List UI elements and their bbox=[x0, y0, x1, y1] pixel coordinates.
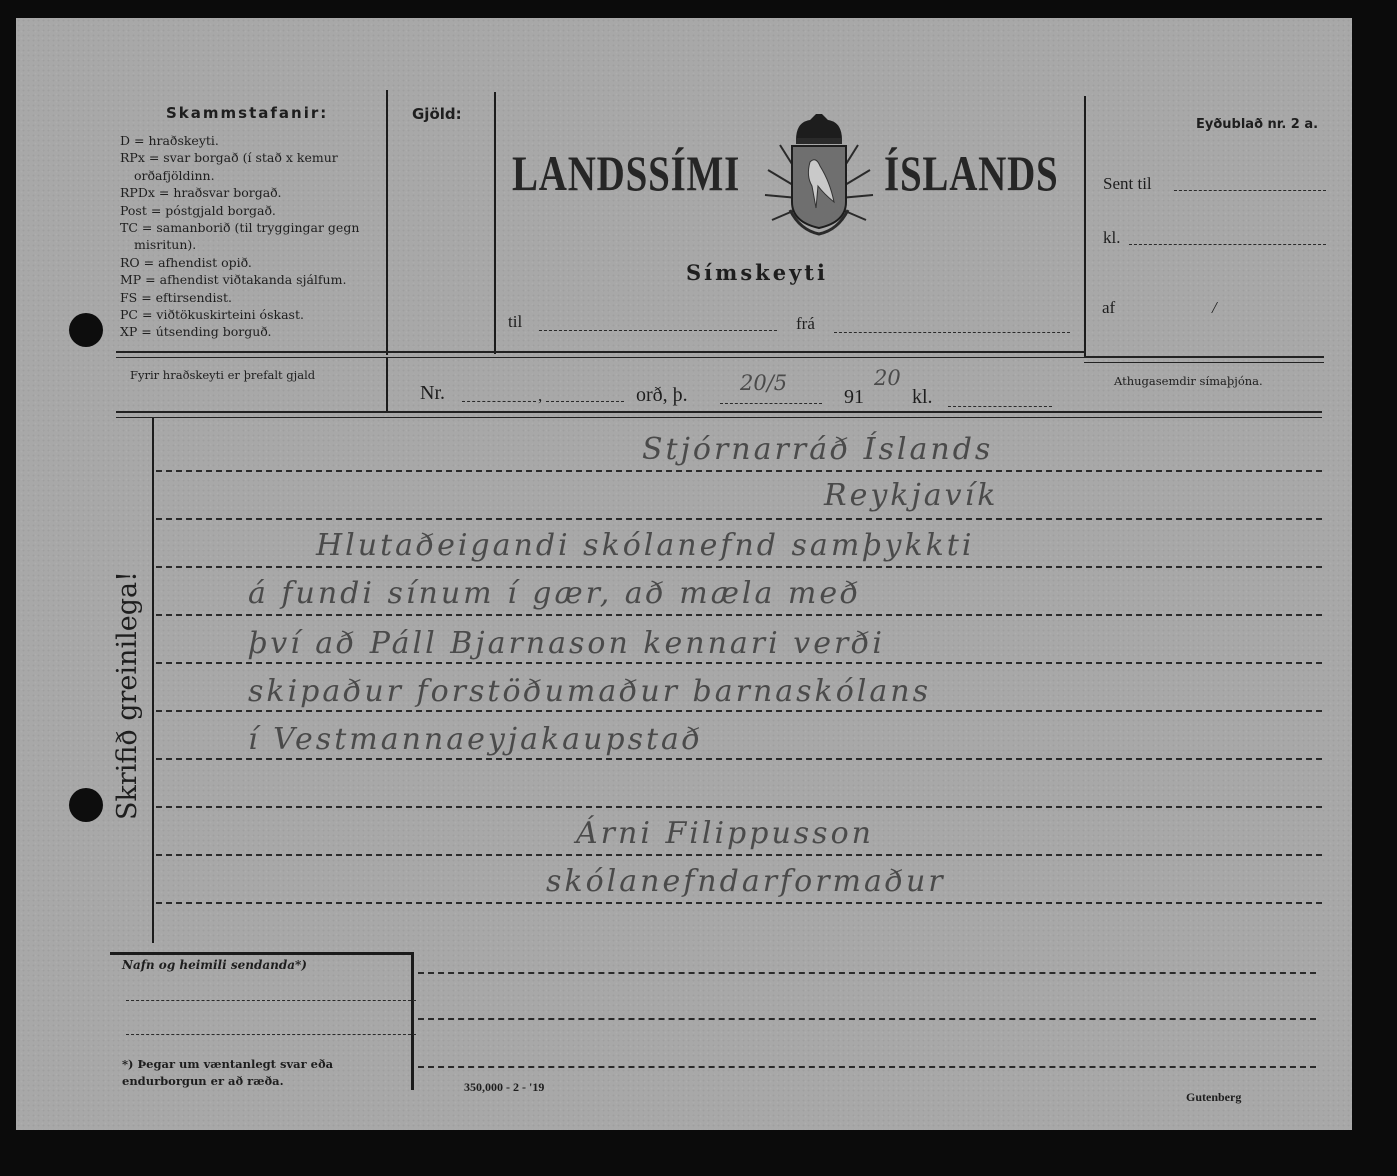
abbr-item: XP = útsending borguð. bbox=[120, 323, 359, 340]
punch-hole-bottom bbox=[69, 788, 103, 822]
message-line-body: því að Páll Bjarnason kennari verði bbox=[248, 626, 885, 661]
divider bbox=[386, 90, 388, 355]
abbreviations-title: Skammstafanir: bbox=[166, 104, 328, 122]
side-instruction: Skrifið greinilega! bbox=[112, 571, 143, 820]
time-label: kl. bbox=[912, 386, 933, 409]
sender-address-field[interactable] bbox=[126, 1034, 416, 1035]
words-date-label: orð, þ. bbox=[636, 384, 688, 407]
year-handwritten: 20 bbox=[874, 366, 901, 390]
publisher-title-right: ÍSLANDS bbox=[884, 144, 1059, 202]
fees-label: Gjöld: bbox=[412, 105, 462, 123]
sent-to-label: Sent til bbox=[1103, 174, 1152, 194]
extra-line bbox=[418, 972, 1316, 974]
divider bbox=[116, 351, 1086, 358]
divider bbox=[152, 418, 154, 943]
publisher-title-left: LANDSSÍMI bbox=[512, 144, 740, 202]
abbr-item: MP = afhendist viðtakanda sjálfum. bbox=[120, 271, 359, 288]
year-prefix: 91 bbox=[844, 386, 864, 409]
abbr-item: D = hraðskeyti. bbox=[120, 132, 359, 149]
printer-name: Gutenberg bbox=[1186, 1090, 1241, 1105]
via-separator: / bbox=[1212, 298, 1217, 318]
from-field[interactable] bbox=[834, 332, 1070, 333]
to-label: til bbox=[508, 312, 522, 332]
abbr-item: RPDx = hraðsvar borgað. bbox=[120, 184, 359, 201]
routing-time-field[interactable] bbox=[1129, 244, 1326, 245]
divider bbox=[386, 358, 388, 413]
message-line bbox=[156, 710, 1322, 712]
from-label: frá bbox=[796, 314, 815, 334]
sender-label: Nafn og heimili sendanda*) bbox=[122, 958, 307, 972]
abbr-item: RO = afhendist opið. bbox=[120, 254, 359, 271]
abbr-item: Post = póstgjald borgað. bbox=[120, 202, 359, 219]
message-line bbox=[156, 854, 1322, 856]
date-field[interactable] bbox=[720, 403, 822, 404]
via-label: af bbox=[1102, 298, 1115, 318]
abbreviations-list: D = hraðskeyti. RPx = svar borgað (í sta… bbox=[120, 132, 359, 341]
word-count-field[interactable] bbox=[546, 401, 624, 402]
message-line-body: skipaður forstöðumaður barnaskólans bbox=[248, 674, 931, 709]
form-number: Eyðublað nr. 2 a. bbox=[1196, 117, 1318, 132]
abbr-item: FS = eftirsendist. bbox=[120, 289, 359, 306]
divider bbox=[1084, 356, 1324, 363]
message-line-body: Hlutaðeigandi skólanefnd samþykkti bbox=[316, 528, 974, 563]
abbr-item-cont: orðafjöldinn. bbox=[120, 167, 359, 184]
comma-separator: , bbox=[538, 386, 542, 406]
date-handwritten: 20/5 bbox=[740, 371, 787, 395]
signature-title: skólanefndarformaður bbox=[546, 864, 946, 899]
abbr-item: TC = samanborið (til tryggingar gegn bbox=[120, 219, 359, 236]
abbr-item-cont: misritun). bbox=[120, 236, 359, 253]
divider bbox=[110, 952, 412, 955]
routing-time-label: kl. bbox=[1103, 228, 1120, 248]
time-field[interactable] bbox=[948, 406, 1052, 407]
sender-name-field[interactable] bbox=[126, 1000, 416, 1001]
form-type-title: Símskeyti bbox=[686, 260, 828, 285]
extra-line bbox=[418, 1066, 1316, 1068]
number-label: Nr. bbox=[420, 382, 445, 405]
sent-to-field[interactable] bbox=[1174, 190, 1326, 191]
message-line bbox=[156, 470, 1322, 472]
to-field[interactable] bbox=[539, 330, 777, 331]
abbr-item: RPx = svar borgað (í stað x kemur bbox=[120, 149, 359, 166]
telegram-form: Skammstafanir: D = hraðskeyti. RPx = sva… bbox=[16, 18, 1352, 1130]
divider bbox=[494, 92, 496, 354]
urgent-fee-note: Fyrir hraðskeyti er þrefalt gjald bbox=[130, 368, 315, 382]
message-line bbox=[156, 662, 1322, 664]
message-line-city: Reykjavík bbox=[824, 478, 998, 513]
message-line bbox=[156, 902, 1322, 904]
extra-line bbox=[418, 1018, 1316, 1020]
divider bbox=[116, 411, 1322, 418]
abbr-item: PC = viðtökuskirteini óskast. bbox=[120, 306, 359, 323]
message-line bbox=[156, 518, 1322, 520]
sender-footnote: *) Þegar um væntanlegt svar eða endurbor… bbox=[122, 1056, 412, 1090]
coat-of-arms-icon bbox=[760, 110, 878, 238]
message-line-body: í Vestmannaeyjakaupstað bbox=[248, 722, 703, 757]
divider bbox=[1084, 96, 1086, 358]
punch-hole-top bbox=[69, 313, 103, 347]
print-run: 350,000 - 2 - '19 bbox=[464, 1080, 544, 1095]
number-field[interactable] bbox=[462, 401, 536, 402]
message-line-body: á fundi sínum í gær, að mæla með bbox=[248, 576, 861, 611]
message-line bbox=[156, 806, 1322, 808]
message-line bbox=[156, 614, 1322, 616]
message-line-recipient: Stjórnarráð Íslands bbox=[642, 432, 993, 467]
message-line bbox=[156, 758, 1322, 760]
message-line bbox=[156, 566, 1322, 568]
signature-name: Árni Filippusson bbox=[576, 816, 874, 851]
operator-remarks-label: Athugasemdir símaþjóna. bbox=[1114, 374, 1263, 388]
